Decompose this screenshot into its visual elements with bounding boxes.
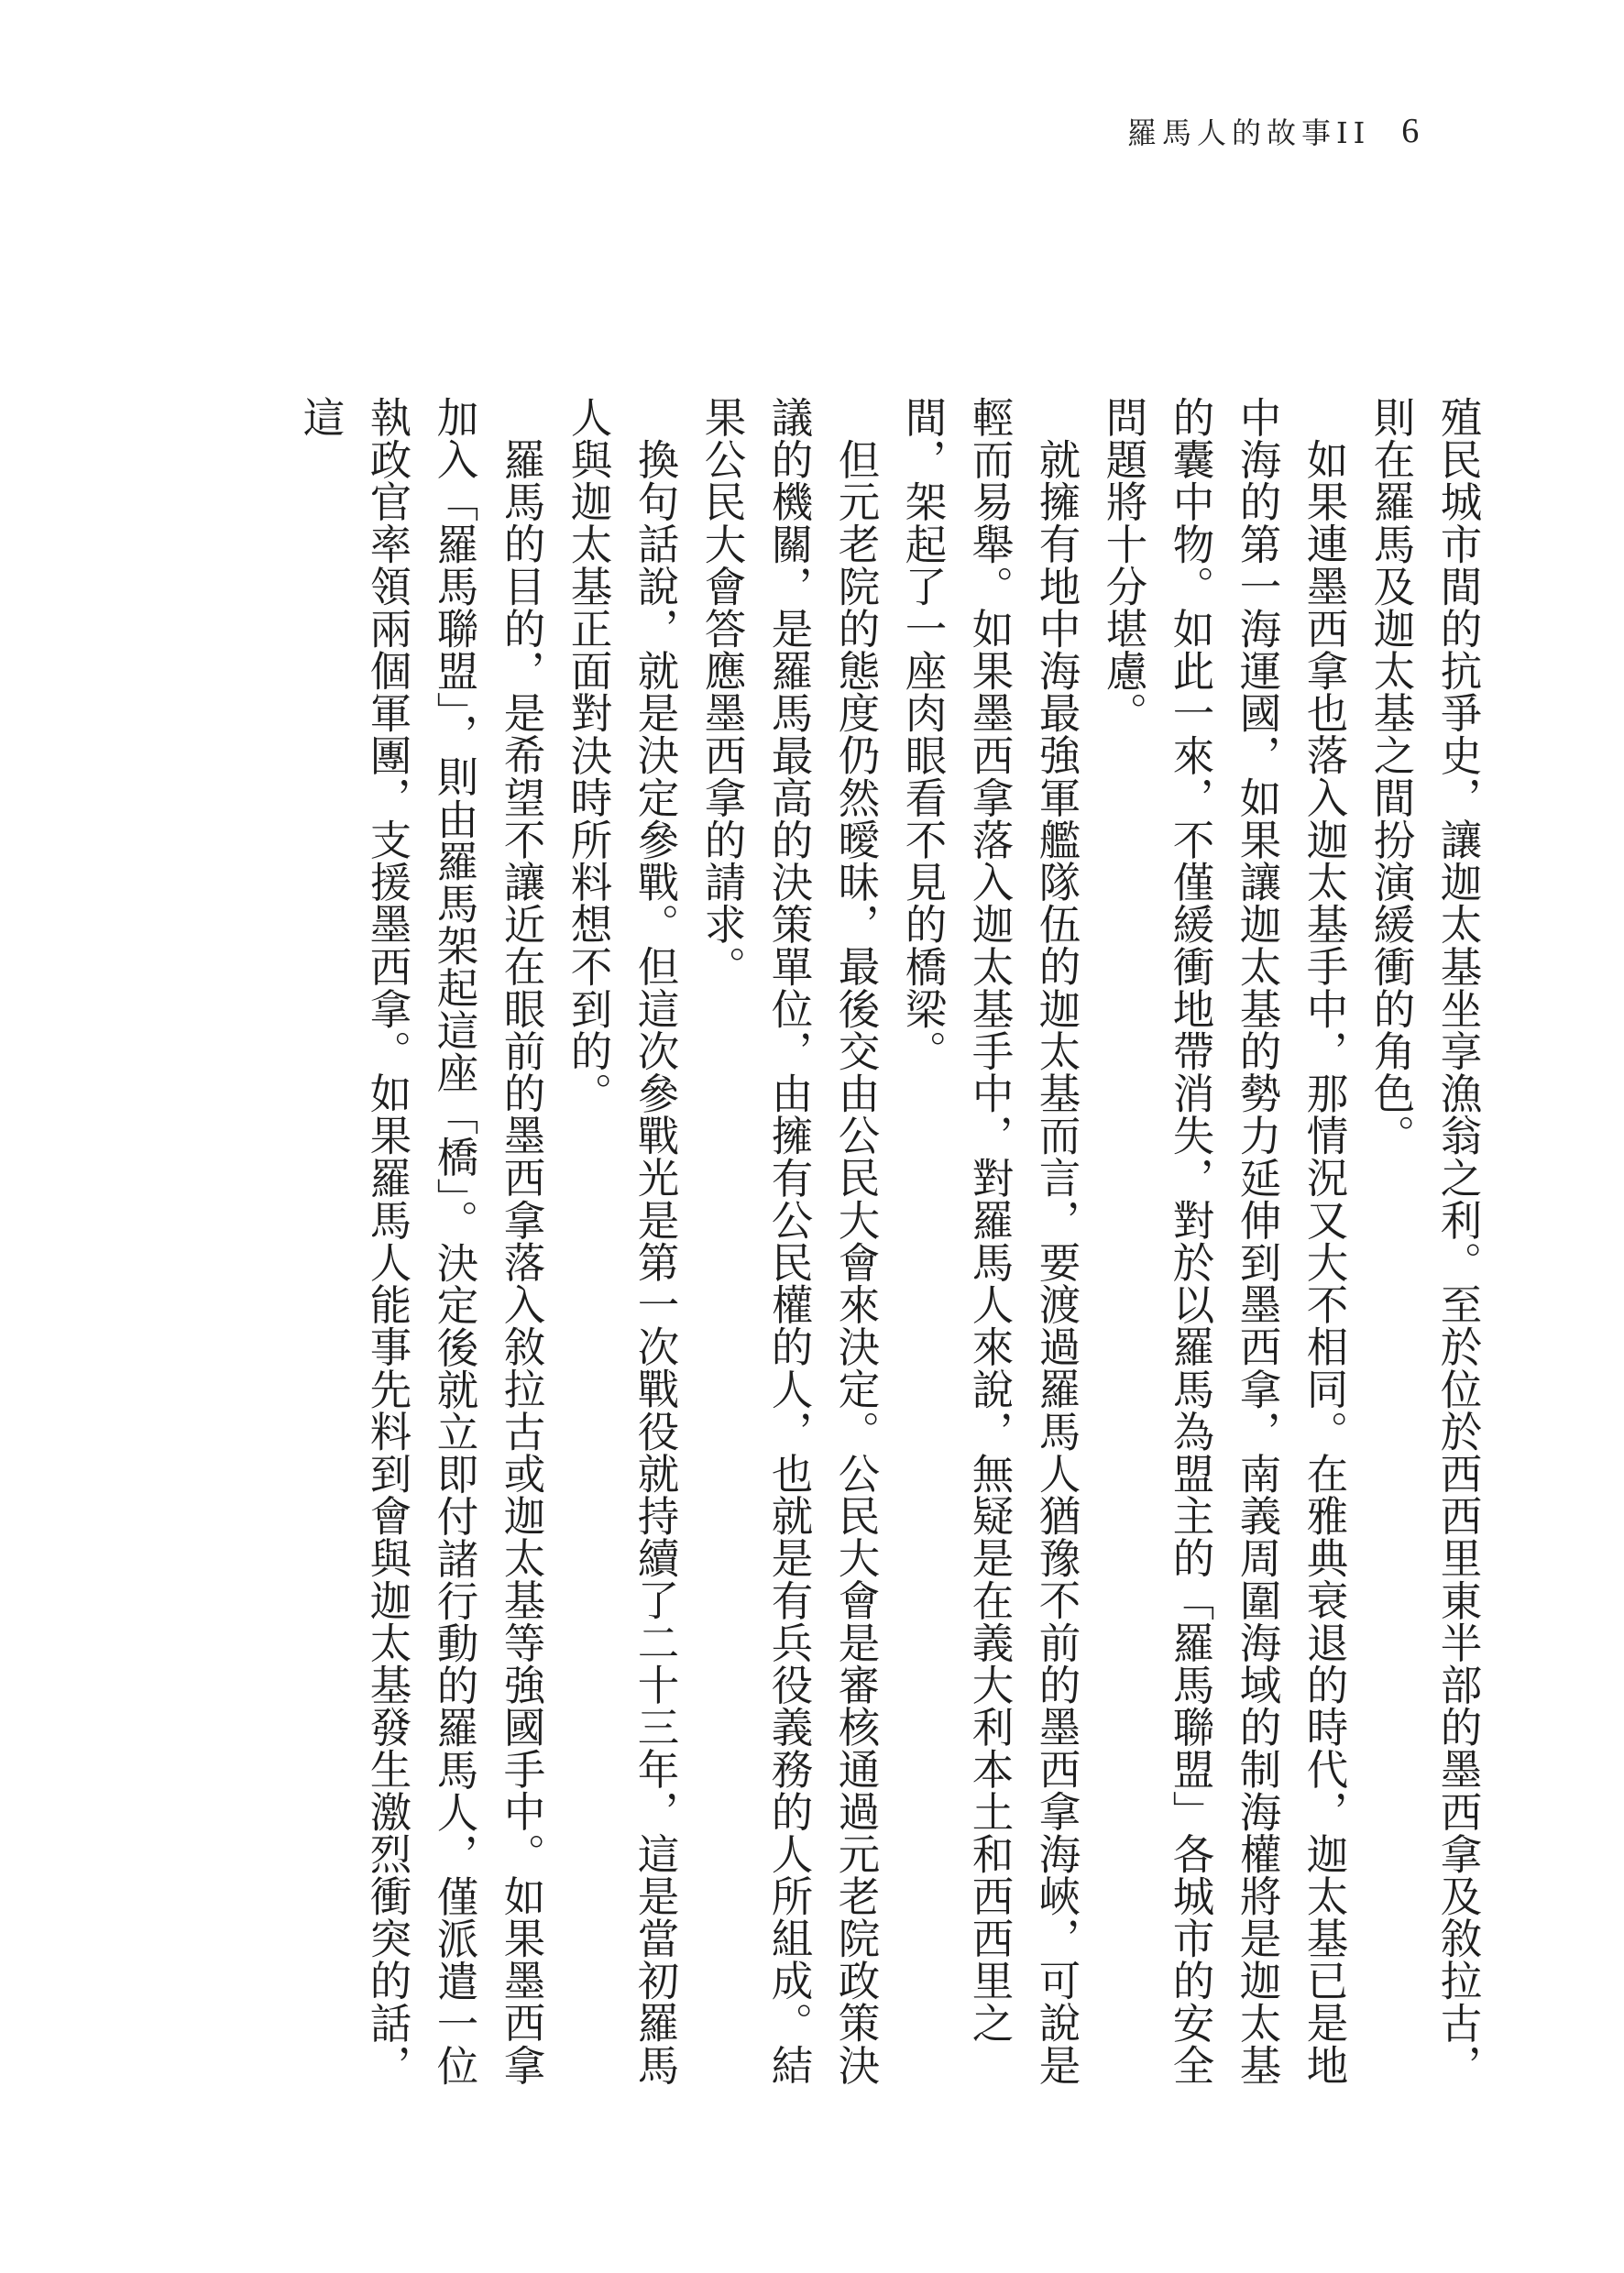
running-header: 羅馬人的故事II 6	[1127, 108, 1419, 154]
body-text: 殖民城市間的抗爭史，讓迦太基坐享漁翁之利。至於位於西西里東半部的墨西拿及敘拉古，…	[246, 396, 1492, 2119]
paragraph: 換句話說，就是決定參戰。但這次參戰光是第一次戰役就持續了二十三年，這是當初羅馬人…	[555, 396, 689, 2119]
book-title: 羅馬人的故事II	[1127, 110, 1370, 152]
paragraph: 羅馬的目的，是希望不讓近在眼前的墨西拿落入敘拉古或迦太基等強國手中。如果墨西拿加…	[288, 396, 555, 2119]
paragraph: 就擁有地中海最強軍艦隊伍的迦太基而言，要渡過羅馬人猶豫不前的墨西拿海峽，可說是輕…	[890, 396, 1091, 2119]
paragraph: 如果連墨西拿也落入迦太基手中，那情況又大不相同。在雅典衰退的時代，迦太基已是地中…	[1091, 396, 1358, 2119]
page-number: 6	[1401, 111, 1419, 151]
paragraph: 殖民城市間的抗爭史，讓迦太基坐享漁翁之利。至於位於西西里東半部的墨西拿及敘拉古，…	[1358, 396, 1492, 2119]
paragraph: 但元老院的態度仍然曖昧，最後交由公民大會來決定。公民大會是審核通過元老院政策決議…	[689, 396, 890, 2119]
